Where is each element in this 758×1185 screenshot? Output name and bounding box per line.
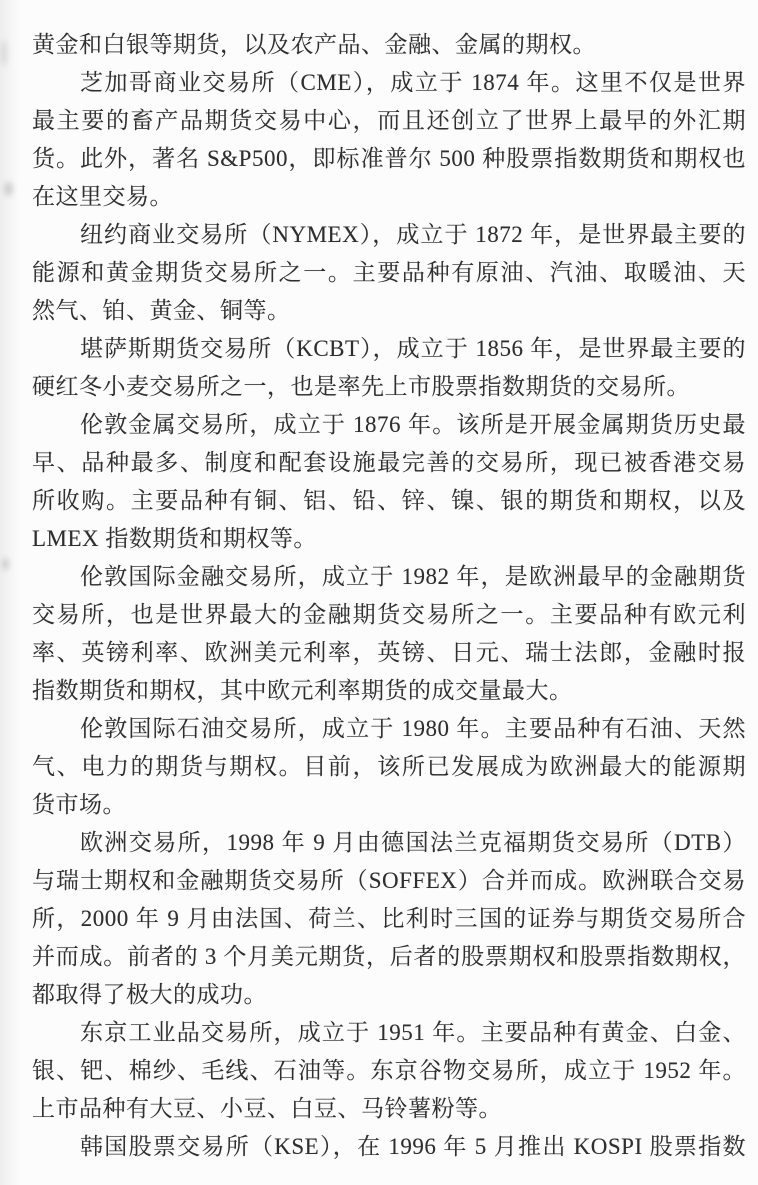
text-line: 硬红冬小麦交易所之一，也是率先上市股票指数期货的交易所。 [32, 368, 746, 406]
text-line: 伦敦金属交易所，成立于 1876 年。该所是开展金属期货历史最 [32, 406, 746, 444]
text-line: 黄金和白银等期货，以及农产品、金融、金属的期权。 [32, 26, 746, 64]
scan-smudge [4, 182, 13, 196]
text-line: 然气、铂、黄金、铜等。 [32, 292, 746, 330]
scanned-book-page: { "page": { "background": "#fcfcfc", "te… [0, 0, 758, 1185]
text-line: 率、英镑利率、欧洲美元利率，英镑、日元、瑞士法郎，金融时报 [32, 634, 746, 672]
text-line: 气、电力的期货与期权。目前，该所已发展成为欧洲最大的能源期 [32, 748, 746, 786]
text-line: 与瑞士期权和金融期货交易所（SOFFEX）合并而成。欧洲联合交易 [32, 862, 746, 900]
text-line: 纽约商业交易所（NYMEX），成立于 1872 年，是世界最主要的 [32, 216, 746, 254]
text-line: 所收购。主要品种有铜、铝、铅、锌、镍、银的期货和期权，以及 [32, 482, 746, 520]
scan-smudge [1, 40, 7, 66]
text-line: 指数期货和期权，其中欧元利率期货的成交量最大。 [32, 672, 746, 710]
text-line: 并而成。前者的 3 个月美元期货，后者的股票期权和股票指数期权， [32, 938, 746, 976]
text-line: LMEX 指数期货和期权等。 [32, 520, 746, 558]
page-text: 黄金和白银等期货，以及农产品、金融、金属的期权。芝加哥商业交易所（CME），成立… [32, 26, 746, 1166]
text-line: 欧洲交易所，1998 年 9 月由德国法兰克福期货交易所（DTB） [32, 824, 746, 862]
text-line: 最主要的畜产品期货交易中心，而且还创立了世界上最早的外汇期 [32, 102, 746, 140]
text-line: 伦敦国际石油交易所，成立于 1980 年。主要品种有石油、天然 [32, 710, 746, 748]
text-line: 东京工业品交易所，成立于 1951 年。主要品种有黄金、白金、 [32, 1014, 746, 1052]
text-line: 能源和黄金期货交易所之一。主要品种有原油、汽油、取暖油、天 [32, 254, 746, 292]
text-line: 交易所，也是世界最大的金融期货交易所之一。主要品种有欧元利 [32, 596, 746, 634]
text-line: 早、品种最多、制度和配套设施最完善的交易所，现已被香港交易 [32, 444, 746, 482]
text-line: 堪萨斯期货交易所（KCBT），成立于 1856 年，是世界最主要的 [32, 330, 746, 368]
text-line: 货市场。 [32, 786, 746, 824]
text-line: 银、钯、棉纱、毛线、石油等。东京谷物交易所，成立于 1952 年。 [32, 1052, 746, 1090]
text-line: 都取得了极大的成功。 [32, 976, 746, 1014]
text-line: 所，2000 年 9 月由法国、荷兰、比利时三国的证券与期货交易所合 [32, 900, 746, 938]
book-page: 黄金和白银等期货，以及农产品、金融、金属的期权。芝加哥商业交易所（CME），成立… [0, 0, 758, 1185]
text-line: 伦敦国际金融交易所，成立于 1982 年，是欧洲最早的金融期货 [32, 558, 746, 596]
text-line: 在这里交易。 [32, 178, 746, 216]
text-line: 货。此外，著名 S&P500，即标准普尔 500 种股票指数期货和期权也 [32, 140, 746, 178]
text-line: 芝加哥商业交易所（CME），成立于 1874 年。这里不仅是世界 [32, 64, 746, 102]
scan-smudge [2, 558, 9, 570]
scan-edge-shadow [0, 0, 20, 1185]
text-line: 上市品种有大豆、小豆、白豆、马铃薯粉等。 [32, 1090, 746, 1128]
text-line: 韩国股票交易所（KSE），在 1996 年 5 月推出 KOSPI 股票指数 [32, 1128, 746, 1166]
